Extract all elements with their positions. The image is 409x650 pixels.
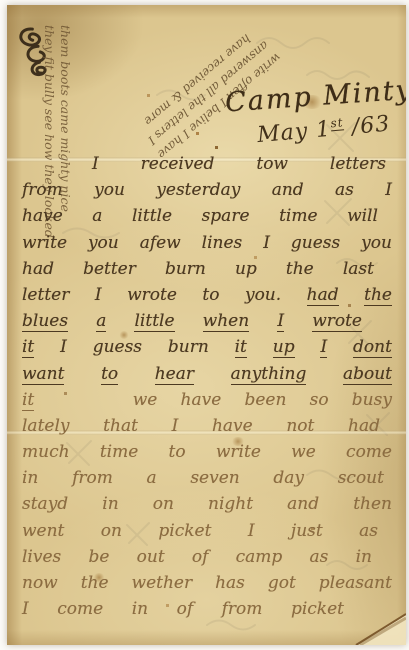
word: a: [147, 468, 157, 488]
word: out: [137, 547, 165, 567]
handwritten-line: fromyouyesterdayandasI: [22, 180, 392, 206]
word: camp: [236, 547, 283, 567]
handwritten-line: latelythatIhavenothad: [22, 416, 392, 442]
word: day: [273, 468, 304, 488]
word: went: [22, 521, 64, 541]
word: letters: [330, 154, 386, 174]
handwritten-line: bluesalittlewhenIwrote: [22, 311, 392, 337]
word: have: [181, 390, 222, 410]
date-suffix: /63: [343, 112, 391, 141]
word: I: [22, 599, 29, 619]
word: it: [22, 390, 34, 411]
word: not: [286, 416, 314, 436]
word: burn: [165, 259, 206, 279]
word: as: [310, 547, 329, 567]
word: better: [83, 259, 136, 279]
word: it: [22, 337, 34, 358]
word: to: [101, 364, 118, 385]
word: you: [88, 233, 119, 253]
word: as: [335, 180, 354, 200]
word: have: [22, 206, 63, 226]
word: burn: [168, 337, 209, 357]
word: as: [359, 521, 378, 541]
handwritten-line: writeyouafewlinesIguessyou: [22, 233, 392, 259]
word: from: [222, 599, 263, 619]
word: just: [291, 521, 323, 541]
word: lives: [22, 547, 61, 567]
word: be: [88, 547, 109, 567]
word: guess: [93, 337, 142, 357]
word: come: [346, 442, 392, 462]
word: you: [94, 180, 125, 200]
word: time: [279, 206, 317, 226]
word: scout: [338, 468, 384, 488]
word: spare: [202, 206, 250, 226]
word: last: [343, 259, 374, 279]
word: I: [320, 337, 327, 358]
word: in: [356, 547, 372, 567]
word: time: [100, 442, 138, 462]
word: seven: [190, 468, 239, 488]
word: I: [172, 416, 179, 436]
word: of: [192, 547, 209, 567]
word: wrote: [312, 311, 362, 332]
word: picket: [158, 521, 211, 541]
word: has: [215, 573, 245, 593]
word: yesterday: [156, 180, 240, 200]
word: I: [95, 285, 102, 305]
handwritten-line: itIguessburnitupIdont: [22, 337, 392, 363]
word: had: [22, 259, 54, 279]
word: when: [203, 311, 250, 332]
letter-page: them boots came mighty nicethey fit bull…: [7, 5, 406, 645]
word: so: [310, 390, 329, 410]
word: write: [22, 233, 67, 253]
word: then: [353, 494, 392, 514]
word: and: [287, 494, 319, 514]
word: little: [132, 206, 172, 226]
handwritten-line: nowthewetherhasgotpleasant: [22, 573, 392, 599]
word: a: [96, 311, 106, 332]
word: to: [202, 285, 219, 305]
word: letter: [22, 285, 69, 305]
word: pleasant: [319, 573, 392, 593]
letter-body: Ireceivedtowlettersfromyouyesterdayandas…: [22, 154, 392, 625]
word: in: [22, 468, 38, 488]
word: up: [235, 259, 257, 279]
handwritten-line: livesbeoutofcampasin: [22, 547, 392, 573]
handwritten-line: hadbetterburnupthelast: [22, 259, 392, 285]
word: you.: [245, 285, 281, 305]
word: in: [102, 494, 118, 514]
word: on: [101, 521, 122, 541]
word: I: [263, 233, 270, 253]
word: wether: [132, 573, 193, 593]
word: we: [133, 390, 158, 410]
handwritten-line: Icomeinoffrompicket: [22, 599, 392, 625]
word: from: [72, 468, 113, 488]
paper-specks: [7, 5, 8, 6]
word: the: [364, 285, 392, 306]
dog-ear-fold: [346, 605, 406, 645]
word: received: [141, 154, 215, 174]
handwritten-line: letterIwrotetoyou.hadthe: [22, 285, 392, 311]
handwritten-line: Ireceivedtowletters: [22, 154, 392, 180]
word: now: [22, 573, 58, 593]
word: write: [216, 442, 261, 462]
word: I: [60, 337, 67, 357]
word: I: [248, 521, 255, 541]
word: wrote: [127, 285, 177, 305]
word: will: [347, 206, 378, 226]
word: and: [272, 180, 304, 200]
word: the: [81, 573, 109, 593]
handwritten-line: wentonpicketIjustas: [22, 521, 392, 547]
word: of: [177, 599, 194, 619]
word: on: [153, 494, 174, 514]
word: have: [212, 416, 253, 436]
handwritten-line: infromasevendayscout: [22, 468, 392, 494]
handwritten-line: itwehavebeensobusy: [22, 390, 392, 416]
word: had: [348, 416, 380, 436]
word: lines: [202, 233, 243, 253]
handwritten-line: muchtimetowritewecome: [22, 442, 392, 468]
word: I: [385, 180, 392, 200]
word: I: [92, 154, 99, 174]
word: little: [134, 311, 174, 332]
word: picket: [291, 599, 344, 619]
word: want: [22, 364, 64, 385]
word: we: [291, 442, 316, 462]
word: got: [268, 573, 296, 593]
handwritten-line: staydinonnightandthen: [22, 494, 392, 520]
word: that: [103, 416, 138, 436]
word: the: [286, 259, 314, 279]
word: a: [92, 206, 102, 226]
word: stayd: [22, 494, 68, 514]
word: about: [343, 364, 392, 385]
word: come: [57, 599, 103, 619]
word: you: [361, 233, 392, 253]
word: dont: [353, 337, 392, 358]
word: hear: [155, 364, 194, 385]
word: busy: [352, 390, 392, 410]
handwritten-line: wanttohearanythingabout: [22, 364, 392, 390]
word: afew: [140, 233, 181, 253]
word: from: [22, 180, 63, 200]
word: guess: [291, 233, 340, 253]
word: had: [307, 285, 339, 306]
word: much: [22, 442, 70, 462]
word: night: [208, 494, 253, 514]
word: tow: [256, 154, 288, 174]
word: in: [132, 599, 148, 619]
handwritten-line: havealittlesparetimewill: [22, 206, 392, 232]
word: to: [169, 442, 186, 462]
word: blues: [22, 311, 68, 332]
word: anything: [231, 364, 307, 385]
word: I: [277, 311, 284, 332]
word: lately: [22, 416, 70, 436]
word: been: [244, 390, 286, 410]
word: up: [273, 337, 295, 358]
word: it: [235, 337, 247, 358]
letter-scan: them boots came mighty nicethey fit bull…: [0, 0, 409, 650]
